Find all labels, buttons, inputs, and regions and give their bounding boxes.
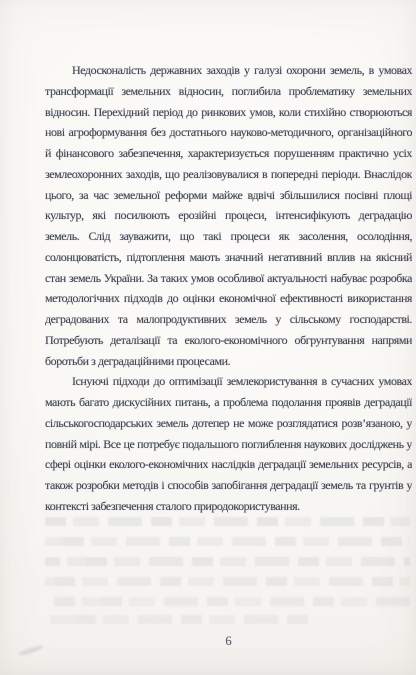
scan-smudge <box>18 644 44 657</box>
text-line: Існуючі підходи до оптимізації землекори… <box>45 371 412 392</box>
text-line: деградованих та малопродуктивних земель … <box>45 309 412 330</box>
bleed-through-line <box>45 537 410 546</box>
text-line: боротьби з деградаційними процесами. <box>45 351 412 372</box>
bleed-through-line <box>45 557 410 566</box>
text-line: земель. Слід зауважити, що такі процеси … <box>45 226 412 247</box>
bleed-through-line <box>45 577 410 586</box>
text-line: Недосконалість державних заходів у галуз… <box>45 60 412 81</box>
text-line: нові агроформування без достатнього наук… <box>45 122 412 143</box>
text-line: солонцюватість, підтоплення мають значни… <box>45 247 412 268</box>
body-text: Недосконалість державних заходів у галуз… <box>45 60 412 517</box>
text-line: контексті забезпечення сталого природоко… <box>45 496 412 517</box>
text-line: землеохоронних заходів, що реалізовували… <box>45 164 412 185</box>
text-line: культур, які посилюють ерозійні процеси,… <box>45 205 412 226</box>
text-line: трансформації земельних відносин, поглиб… <box>45 81 412 102</box>
text-line: відносин. Перехідний період до ринкових … <box>45 102 412 123</box>
text-line: й фінансового забезпечення, характеризує… <box>45 143 412 164</box>
text-line: цього, за час земельної реформи майже вд… <box>45 185 412 206</box>
bleed-through-line <box>45 615 310 624</box>
bleed-through-line <box>45 517 410 526</box>
text-line: сільськогосподарських земель дотепер не … <box>45 413 412 434</box>
text-line: повній мірі. Все це потребує подальшого … <box>45 434 412 455</box>
page-number: 6 <box>45 634 412 649</box>
text-line: Потребують деталізації та еколого-економ… <box>45 330 412 351</box>
bleed-through-line <box>45 597 410 606</box>
text-line: стан земель України. За таких умов особл… <box>45 268 412 289</box>
scanned-page: Недосконалість державних заходів у галуз… <box>0 0 416 675</box>
text-line: також розробки методів і способів запобі… <box>45 475 412 496</box>
text-line: методологічних підходів до оцінки економ… <box>45 288 412 309</box>
text-line: мають багато дискусійних питань, а пробл… <box>45 392 412 413</box>
text-line: сфері оцінки еколого-економічних наслідк… <box>45 454 412 475</box>
